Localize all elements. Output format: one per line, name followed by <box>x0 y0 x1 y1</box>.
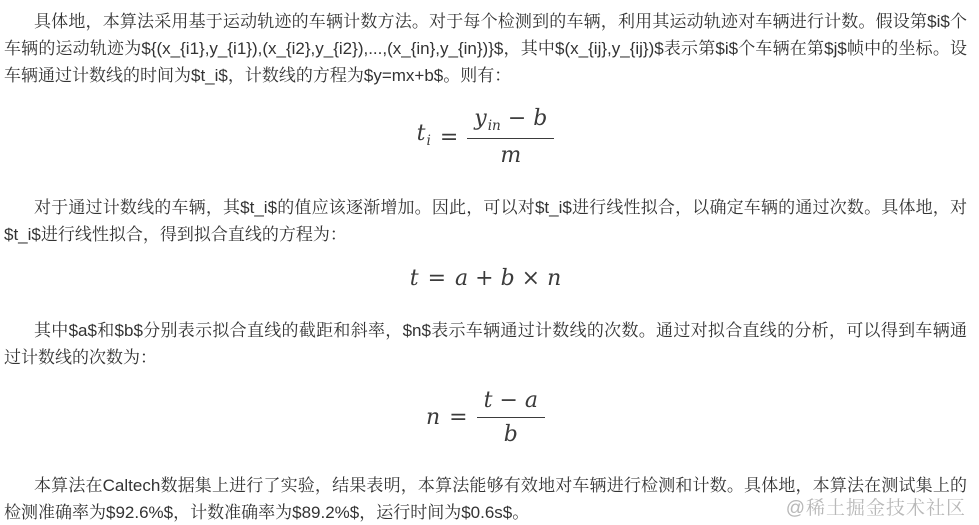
article-body: 具体地，本算法采用基于运动轨迹的车辆计数方法。对于每个检测到的车辆，利用其运动轨… <box>0 0 979 525</box>
formula-crossing-count: n = t−a b <box>4 388 967 448</box>
times-sign: × <box>522 265 540 292</box>
equals-sign: = <box>428 265 446 292</box>
fraction-numerator: yin−b <box>467 106 554 138</box>
equals-sign: = <box>440 124 458 151</box>
minus-sign: − <box>508 106 526 131</box>
fraction-denominator: m <box>467 138 554 168</box>
paragraph-experiment-results: 本算法在Caltech数据集上进行了实验，结果表明，本算法能够有效地对车辆进行检… <box>4 472 967 525</box>
plus-sign: + <box>475 265 493 292</box>
math-lhs: ti <box>417 120 431 155</box>
minus-sign: − <box>499 388 517 413</box>
paragraph-method-intro: 具体地，本算法采用基于运动轨迹的车辆计数方法。对于每个检测到的车辆，利用其运动轨… <box>4 8 967 89</box>
fraction-numerator: t−a <box>477 388 545 417</box>
fraction: yin−b m <box>467 106 554 169</box>
paragraph-fit-params: 其中$a$和$b$分别表示拟合直线的截距和斜率，$n$表示车辆通过计数线的次数。… <box>4 317 967 371</box>
fraction-denominator: b <box>477 417 545 447</box>
fraction: t−a b <box>477 388 545 448</box>
formula-crossing-time: ti = yin−b m <box>4 106 967 169</box>
formula-fit-line: t = a + b × n <box>4 265 967 292</box>
equals-sign: = <box>449 404 467 431</box>
paragraph-linear-fit: 对于通过计数线的车辆，其$t_i$的值应该逐渐增加。因此，可以对$t_i$进行线… <box>4 194 967 248</box>
